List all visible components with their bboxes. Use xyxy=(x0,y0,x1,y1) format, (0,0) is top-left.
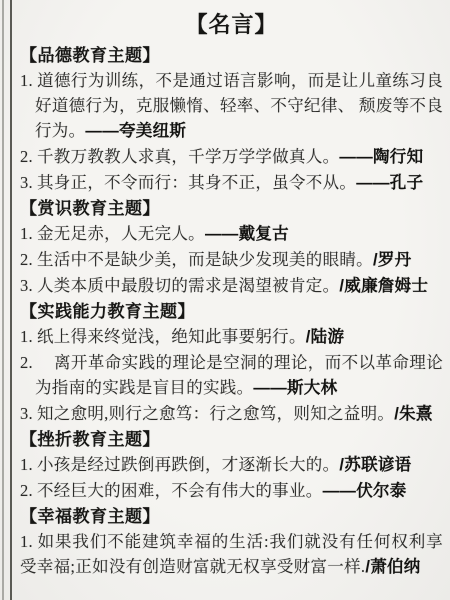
quote-text: 小孩是经过跌倒再跌倒，才逐渐长大的。 xyxy=(37,455,339,474)
quote-number: 2. xyxy=(20,353,33,372)
quote-number: 3. xyxy=(20,173,33,192)
quote-item: 1.道德行为训练，不是通过语言影响，而是让儿童练习良好道德行为，克服懒惰、轻率、… xyxy=(20,68,443,144)
quote-text: 不经巨大的困难，不会有伟大的事业。 xyxy=(37,481,323,500)
quote-attribution: /苏联谚语 xyxy=(339,456,411,474)
quote-number: 1. xyxy=(20,71,33,90)
quote-number: 1. xyxy=(20,224,33,243)
quote-attribution: ——戴复古 xyxy=(205,225,289,243)
quote-number: 2. xyxy=(20,147,33,166)
page-title: 【名言】 xyxy=(20,10,443,40)
quote-text: 纸上得来终觉浅，绝知此事要躬行。 xyxy=(37,327,306,346)
quote-attribution: /朱熹 xyxy=(394,405,432,423)
quote-item: 2. 离开革命实践的理论是空洞的理论，而不以革命理论为指南的实践是盲目的实践。—… xyxy=(20,350,443,401)
quote-text: 其身正，不令而行：其身不正，虽令不从。 xyxy=(37,173,356,192)
quote-text: 金无足赤，人无完人。 xyxy=(37,224,205,243)
sections-list: 【品德教育主题】1.道德行为训练，不是通过语言影响，而是让儿童练习良好道德行为，… xyxy=(20,43,443,580)
quote-attribution: /陆游 xyxy=(306,328,344,346)
quote-text: 人类本质中最殷切的需求是渴望被肯定。 xyxy=(37,276,339,295)
quote-attribution: ——陶行知 xyxy=(339,148,423,166)
quote-text: 知之愈明,则行之愈笃：行之愈笃，则知之益明。 xyxy=(37,404,394,423)
quote-text: 离开革命实践的理论是空洞的理论，而不以革命理论为指南的实践是盲目的实践。 xyxy=(35,353,443,397)
document-content: 【名言】 【品德教育主题】1.道德行为训练，不是通过语言影响，而是让儿童练习良好… xyxy=(20,4,443,580)
quote-number: 2. xyxy=(20,481,33,500)
section-heading: 【实践能力教育主题】 xyxy=(20,299,443,324)
section-heading: 【挫折教育主题】 xyxy=(20,427,443,452)
quote-number: 3. xyxy=(20,276,33,295)
quote-number: 1. xyxy=(20,532,33,551)
quote-attribution: /威廉詹姆士 xyxy=(339,277,428,295)
quote-number: 3. xyxy=(20,404,33,423)
quote-attribution: ——夸美纽斯 xyxy=(85,122,186,140)
quote-attribution: ——斯大林 xyxy=(253,379,337,397)
quote-attribution: /罗丹 xyxy=(373,251,411,269)
quote-number: 2. xyxy=(20,250,33,269)
quote-item: 2.生活中不是缺少美，而是缺少发现美的眼睛。/罗丹 xyxy=(20,247,443,273)
section-heading: 【赏识教育主题】 xyxy=(20,196,443,221)
left-border-outer xyxy=(2,0,4,600)
quote-item: 2.千教万教教人求真，千学万学学做真人。——陶行知 xyxy=(20,144,443,170)
quote-number: 1. xyxy=(20,455,33,474)
quote-attribution: ——伏尔泰 xyxy=(323,482,407,500)
quote-text: 生活中不是缺少美，而是缺少发现美的眼睛。 xyxy=(37,250,373,269)
quote-item: 1.如果我们不能建筑幸福的生活:我们就没有任何权利享受幸福;正如没有创造财富就无… xyxy=(20,529,443,580)
section-heading: 【幸福教育主题】 xyxy=(20,504,443,529)
quote-item: 1.纸上得来终觉浅，绝知此事要躬行。/陆游 xyxy=(20,324,443,350)
quote-item: 3.知之愈明,则行之愈笃：行之愈笃，则知之益明。/朱熹 xyxy=(20,401,443,427)
quote-attribution: /萧伯纳 xyxy=(365,558,420,576)
quote-attribution: ——孔子 xyxy=(356,174,423,192)
quote-item: 3.人类本质中最殷切的需求是渴望被肯定。/威廉詹姆士 xyxy=(20,273,443,299)
quote-number: 1. xyxy=(20,327,33,346)
section-heading: 【品德教育主题】 xyxy=(20,43,443,68)
left-border-inner xyxy=(10,0,12,600)
quote-item: 2.不经巨大的困难，不会有伟大的事业。——伏尔泰 xyxy=(20,478,443,504)
quote-item: 1.小孩是经过跌倒再跌倒，才逐渐长大的。/苏联谚语 xyxy=(20,452,443,478)
quote-item: 3.其身正，不令而行：其身不正，虽令不从。——孔子 xyxy=(20,170,443,196)
quote-text: 千教万教教人求真，千学万学学做真人。 xyxy=(37,147,339,166)
quote-item: 1.金无足赤，人无完人。——戴复古 xyxy=(20,221,443,247)
document-page: 【名言】 【品德教育主题】1.道德行为训练，不是通过语言影响，而是让儿童练习良好… xyxy=(0,0,450,600)
